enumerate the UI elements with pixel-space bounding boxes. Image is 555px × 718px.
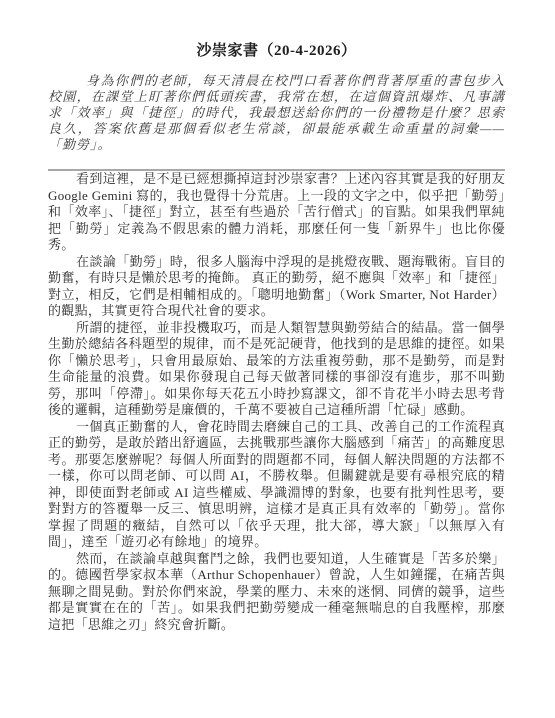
paragraph-4: 一個真正勤奮的人，會花時間去磨練自己的工具、改善自己的工作流程真正的勤勞，是敢於… [48,419,505,551]
page-title: 沙崇家書（20-4-2026） [48,42,505,60]
document-page: 沙崇家書（20-4-2026） 身為你們的老師，每天清晨在校門口看著你們背著厚重… [0,0,555,718]
paragraph-5: 然而，在談論卓越與奮鬥之餘，我們也要知道，人生確實是「苦多於樂」的。德國哲學家叔… [48,551,505,634]
paragraph-1: 看到這裡，是不是已經想撕掉這封沙崇家書？上述內容其實是我的好朋友 Google … [48,171,505,254]
intro-paragraph: 身為你們的老師，每天清晨在校門口看著你們背著厚重的書包步入校園，在課堂上盯著你們… [48,73,505,153]
paragraph-2: 在談論「勤勞」時，很多人腦海中浮現的是挑燈夜戰、題海戰術。盲目的勤奮，有時只是懶… [48,254,505,320]
paragraph-3: 所謂的捷徑，並非投機取巧，而是人類智慧與勤勞結合的結晶。當一個學生勤於總結各科題… [48,320,505,419]
